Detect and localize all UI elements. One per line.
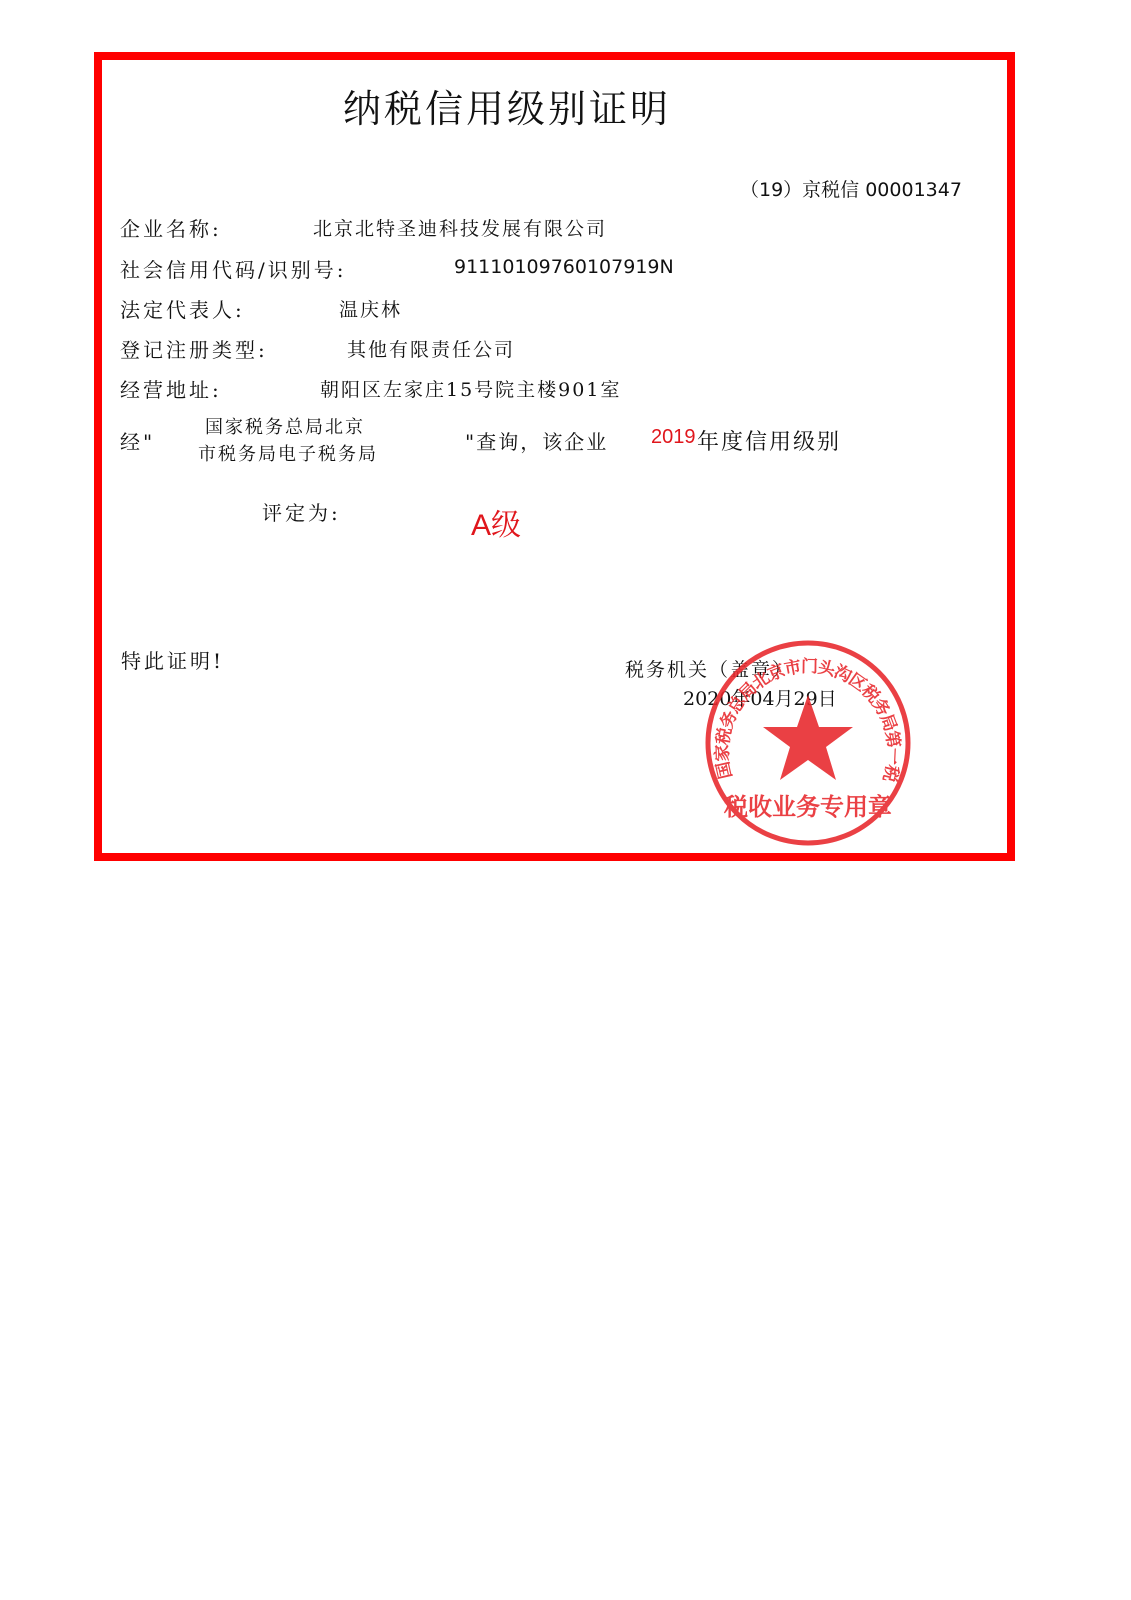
field-label-company-name: 企业名称: [120, 213, 222, 242]
query-authority-line2: 市税务局电子税务局 [198, 440, 378, 466]
field-value-address: 朝阳区左家庄15号院主楼901室 [320, 375, 621, 402]
credit-grade: A级 [471, 500, 521, 544]
query-prefix: 经" [120, 426, 155, 455]
query-middle-text: "查询，该企业 [465, 426, 608, 455]
stamp-center-text: 税收业务专用章 [723, 793, 892, 821]
field-value-legal-rep: 温庆林 [339, 295, 402, 322]
official-seal-stamp-icon: 国家税务总局北京市门头沟区税务局第一税务所 税收业务专用章 [702, 637, 914, 849]
query-year: 2019 [651, 426, 696, 449]
field-value-registration-type: 其他有限责任公司 [347, 335, 515, 362]
document-title: 纳税信用级别证明 [343, 78, 671, 133]
rated-label: 评定为: [262, 497, 341, 526]
field-label-credit-code: 社会信用代码/识别号: [120, 254, 346, 283]
document-number: （19）京税信 00001347 [740, 175, 962, 202]
field-label-registration-type: 登记注册类型: [120, 334, 268, 363]
closing-statement: 特此证明! [121, 645, 224, 674]
field-value-credit-code: 91110109760107919N [454, 256, 674, 278]
field-label-address: 经营地址: [120, 374, 222, 403]
query-suffix: 年度信用级别 [697, 425, 841, 456]
field-value-company-name: 北京北特圣迪科技发展有限公司 [313, 214, 607, 241]
query-authority-line1: 国家税务总局北京 [205, 413, 365, 439]
field-label-legal-rep: 法定代表人: [120, 294, 245, 323]
